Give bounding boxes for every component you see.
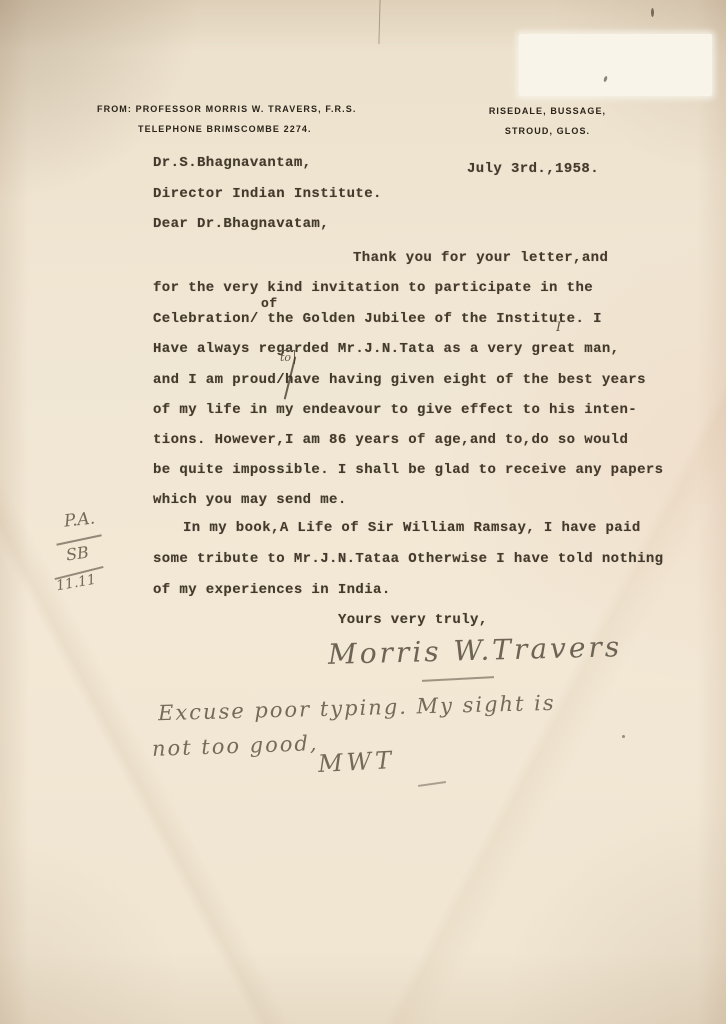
closing: Yours very truly, — [338, 612, 488, 628]
postscript-line2: not too good, — [152, 731, 319, 761]
handwritten-insert-i: I — [556, 320, 561, 335]
postscript-line1: Excuse poor typing. My sight is — [158, 691, 556, 725]
scanned-letter-page: FROM: PROFESSOR MORRIS W. TRAVERS, F.R.S… — [0, 0, 726, 1024]
body-line: Thank you for your letter,and — [353, 250, 608, 266]
signature: Morris W.Travers — [328, 630, 623, 671]
margin-note-line1: P.A. — [63, 508, 96, 531]
body-line: tions. However,I am 86 years of age,and … — [153, 432, 628, 448]
body-line: some tribute to Mr.J.N.Tataa Otherwise I… — [153, 551, 663, 567]
paper-label-patch — [519, 34, 712, 96]
body-line: Have always regarded Mr.J.N.Tata as a ve… — [153, 341, 619, 357]
ink-speck — [651, 8, 654, 17]
body-line: which you may send me. — [153, 492, 347, 508]
signature-underline — [422, 676, 494, 682]
letterhead-telephone: TELEPHONE BRIMSCOMBE 2274. — [138, 124, 312, 134]
body-line: Celebration/ the Golden Jubilee of the I… — [153, 311, 602, 327]
salutation: Dear Dr.Bhagnavatam, — [153, 216, 329, 232]
initials-flourish — [418, 781, 446, 786]
typed-insert-of: of — [261, 296, 277, 311]
body-line: of my experiences in India. — [153, 582, 391, 598]
postscript-initials: MWT — [317, 746, 396, 778]
pencil-dot — [622, 735, 625, 738]
body-line: and I am proud/have having given eight o… — [153, 372, 646, 388]
crease-line — [378, 0, 380, 44]
letterhead-address-line2: STROUD, GLOS. — [455, 126, 640, 136]
body-line: for the very kind invitation to particip… — [153, 280, 593, 296]
recipient-title: Director Indian Institute. — [153, 186, 382, 202]
recipient-name: Dr.S.Bhagnavantam, — [153, 155, 311, 171]
margin-note-line3: 11.11 — [55, 572, 97, 595]
body-line: In my book,A Life of Sir William Ramsay,… — [183, 520, 641, 536]
body-line: be quite impossible. I shall be glad to … — [153, 462, 663, 478]
margin-note-line2: SB — [65, 543, 90, 565]
letter-date: July 3rd.,1958. — [467, 161, 599, 177]
letterhead-from: FROM: PROFESSOR MORRIS W. TRAVERS, F.R.S… — [97, 104, 356, 114]
letterhead-address-line1: RISEDALE, BUSSAGE, — [455, 106, 640, 116]
body-line: of my life in my endeavour to give effec… — [153, 402, 637, 418]
